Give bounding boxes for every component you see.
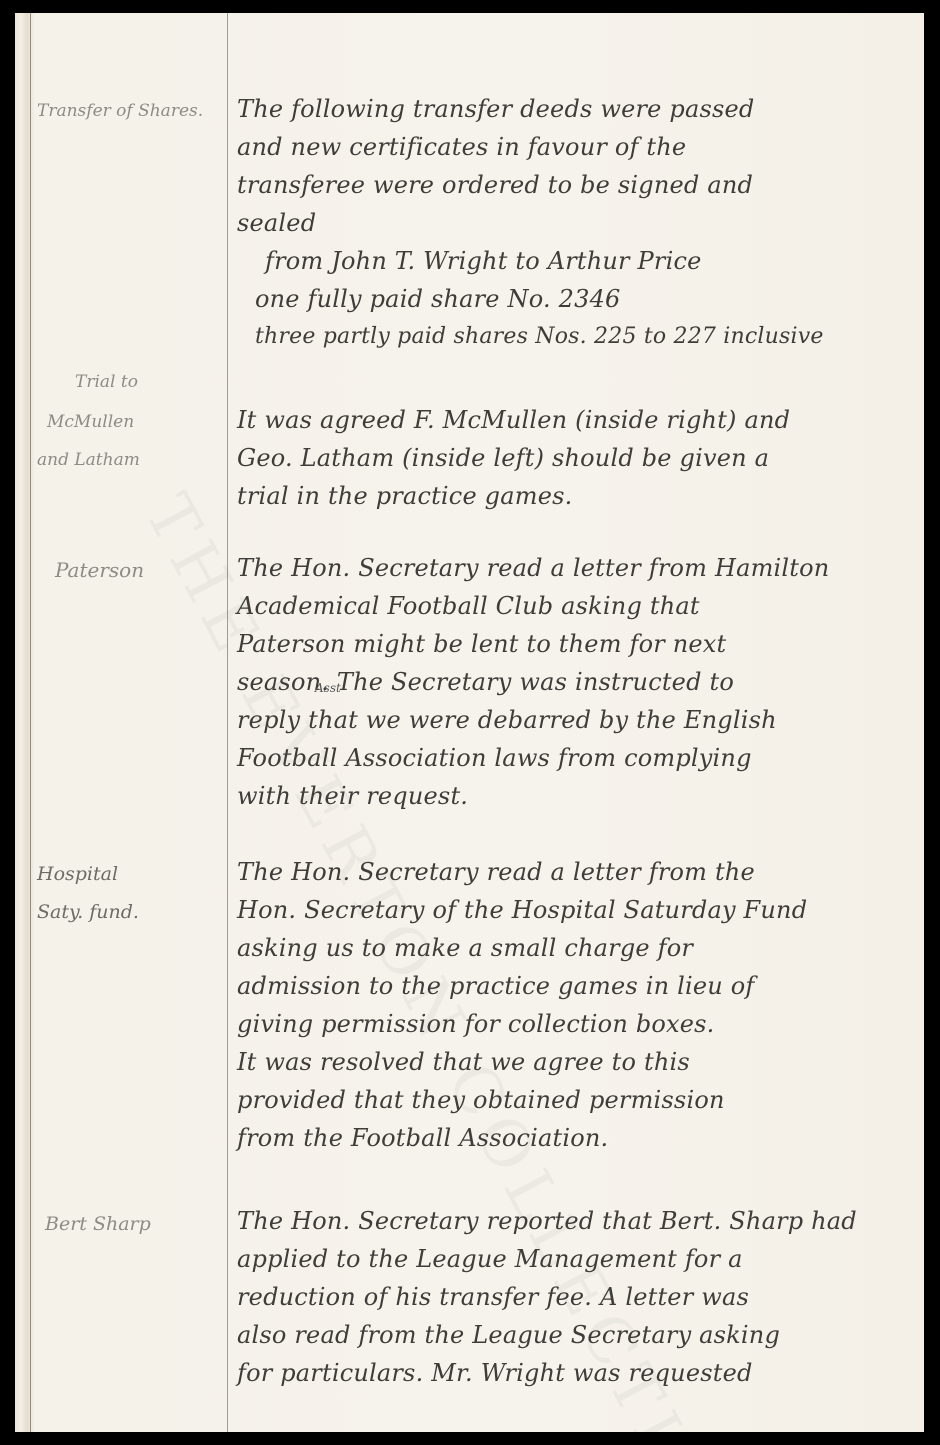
text-line: Paterson might be lent to them for next xyxy=(237,625,924,663)
margin-note-line: Transfer of Shares. xyxy=(37,101,203,121)
text-line: It was resolved that we agree to this xyxy=(237,1043,924,1081)
text-line: Academical Football Club asking that xyxy=(237,587,924,625)
text-line: one fully paid share No. 2346 xyxy=(237,280,924,318)
text-line: The Hon. Secretary reported that Bert. S… xyxy=(237,1202,924,1240)
text-line: trial in the practice games. xyxy=(237,477,924,515)
margin-note: McMullen and Latham xyxy=(37,403,227,479)
text-line: transferee were ordered to be signed and xyxy=(237,166,924,204)
binding-line xyxy=(30,13,31,1432)
margin-note: Transfer of Shares. xyxy=(37,92,227,130)
text-line: reply that we were debarred by the Engli… xyxy=(237,701,924,739)
margin-note: Paterson xyxy=(37,551,245,589)
text-line: asking us to make a small charge for xyxy=(237,929,924,967)
entry-text: The Hon. Secretary reported that Bert. S… xyxy=(237,1202,924,1392)
margin-note: Trial to xyxy=(37,365,265,399)
text-line: The following transfer deeds were passed xyxy=(237,90,924,128)
text-line: and new certificates in favour of the xyxy=(237,128,924,166)
text-line: giving permission for collection boxes. xyxy=(237,1005,924,1043)
margin-note: Hospital Saty. fund. xyxy=(37,855,227,931)
text-line: admission to the practice games in lieu … xyxy=(237,967,924,1005)
text-line: from John T. Wright to Arthur Price xyxy=(237,242,924,280)
margin-note: Bert Sharp xyxy=(37,1205,235,1243)
text-line: The Hon. Secretary read a letter from Ha… xyxy=(237,549,924,587)
insertion-note: Asst xyxy=(315,681,341,695)
margin-note-line: Bert Sharp xyxy=(45,1213,151,1235)
text-line: provided that they obtained permission xyxy=(237,1081,924,1119)
text-line: It was agreed F. McMullen (inside right)… xyxy=(237,401,924,439)
entry-text: The following transfer deeds were passed… xyxy=(237,90,924,356)
text-line: from the Football Association. xyxy=(237,1119,924,1157)
margin-note-line: Trial to xyxy=(75,365,265,399)
text-line: for particulars. Mr. Wright was requeste… xyxy=(237,1354,924,1392)
margin-note-line: McMullen xyxy=(37,403,227,441)
text-line: also read from the League Secretary aski… xyxy=(237,1316,924,1354)
margin-note-line: and Latham xyxy=(37,441,227,479)
text-line: with their request. xyxy=(237,777,924,815)
margin-note-line: Paterson xyxy=(55,558,144,582)
text-line: three partly paid shares Nos. 225 to 227… xyxy=(237,318,924,356)
text-line: Football Association laws from complying xyxy=(237,739,924,777)
ledger-page: THE EVERTON COLLECTION CHARITABLE TRUST … xyxy=(15,13,924,1432)
text-line: Hon. Secretary of the Hospital Saturday … xyxy=(237,891,924,929)
text-line: reduction of his transfer fee. A letter … xyxy=(237,1278,924,1316)
text-line: Geo. Latham (inside left) should be give… xyxy=(237,439,924,477)
text-line: applied to the League Management for a xyxy=(237,1240,924,1278)
margin-note-line: Saty. fund. xyxy=(37,893,227,931)
entry-text: It was agreed F. McMullen (inside right)… xyxy=(237,401,924,515)
text-line: sealed xyxy=(237,204,924,242)
margin-note-line: Hospital xyxy=(37,855,227,893)
text-line: The Hon. Secretary read a letter from th… xyxy=(237,853,924,891)
entry-text: The Hon. Secretary read a letter from th… xyxy=(237,853,924,1157)
